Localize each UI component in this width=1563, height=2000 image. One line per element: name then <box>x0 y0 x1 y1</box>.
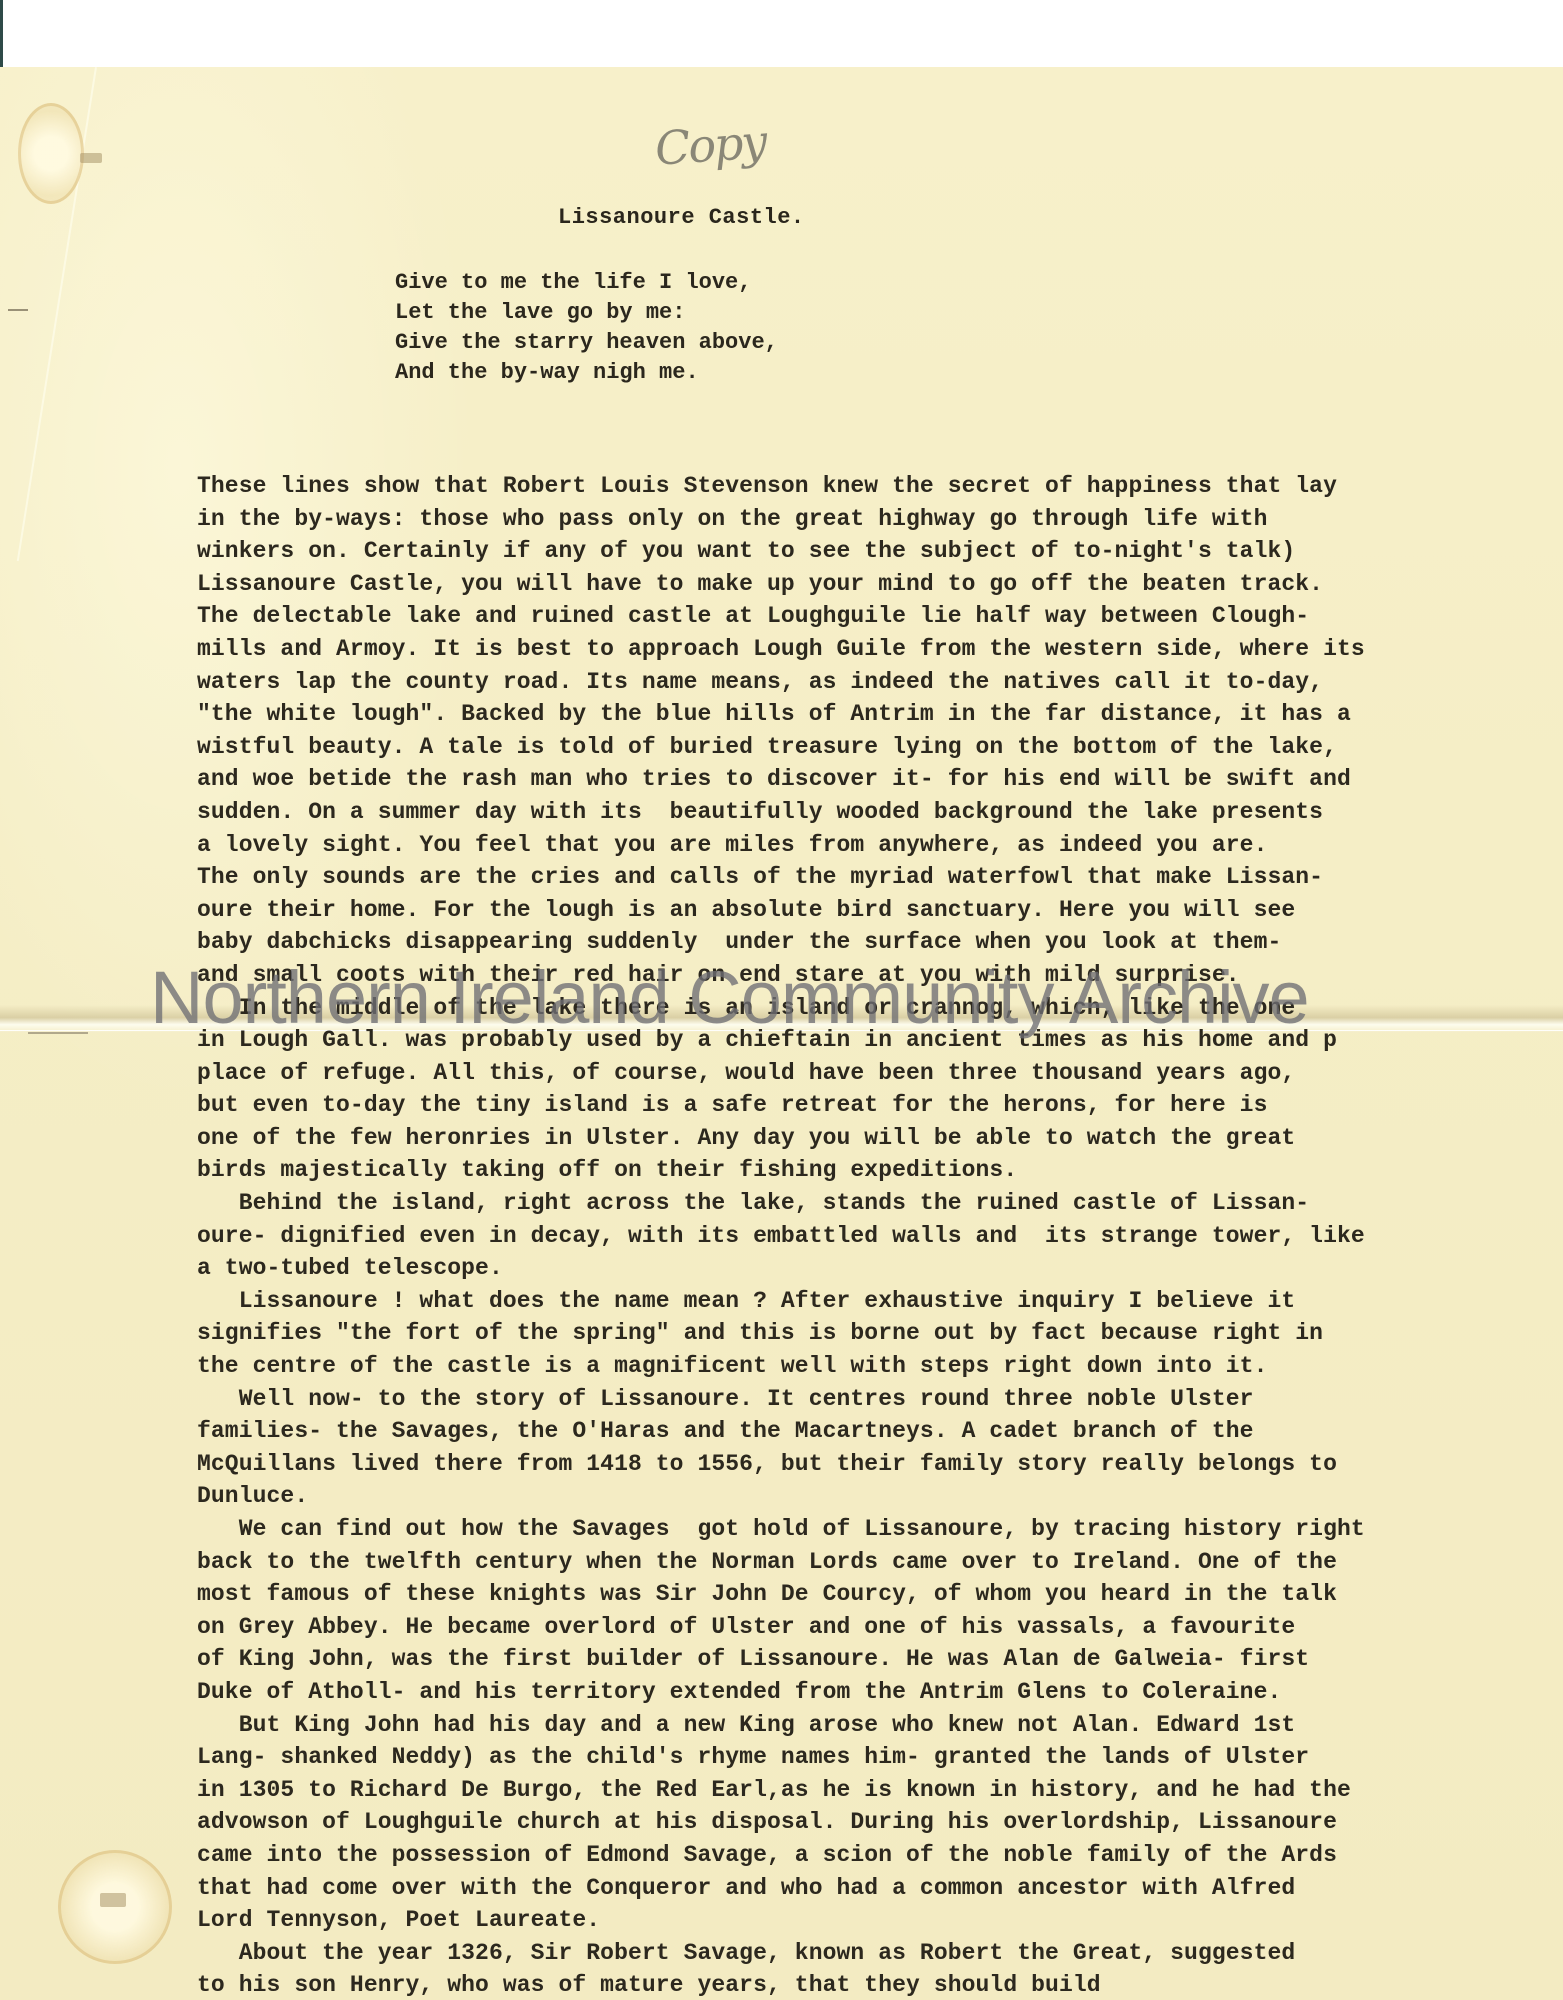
body-line: back to the twelfth century when the Nor… <box>197 1546 1365 1579</box>
poem-line: And the by-way nigh me. <box>395 358 778 388</box>
body-line: birds majestically taking off on their f… <box>197 1154 1365 1187</box>
body-line: advowson of Loughguile church at his dis… <box>197 1806 1365 1839</box>
body-line: Duke of Atholl- and his territory extend… <box>197 1676 1365 1709</box>
body-line: "the white lough". Backed by the blue hi… <box>197 698 1365 731</box>
fold-margin-mark <box>28 1032 88 1034</box>
punch-hole-top <box>80 153 102 163</box>
punch-hole-stain-top <box>18 103 84 204</box>
body-line: winkers on. Certainly if any of you want… <box>197 535 1365 568</box>
handwritten-annotation: Copy <box>653 114 767 176</box>
body-line: sudden. On a summer day with its beautif… <box>197 796 1365 829</box>
body-line: Well now- to the story of Lissanoure. It… <box>197 1383 1365 1416</box>
body-line: We can find out how the Savages got hold… <box>197 1513 1365 1546</box>
body-line: place of refuge. All this, of course, wo… <box>197 1057 1365 1090</box>
body-line: mills and Armoy. It is best to approach … <box>197 633 1365 666</box>
body-line: But King John had his day and a new King… <box>197 1709 1365 1742</box>
poem-line: Let the lave go by me: <box>395 298 778 328</box>
body-line: baby dabchicks disappearing suddenly und… <box>197 926 1365 959</box>
body-line: one of the few heronries in Ulster. Any … <box>197 1122 1365 1155</box>
body-line: signifies "the fort of the spring" and t… <box>197 1317 1365 1350</box>
poem-line: Give the starry heaven above, <box>395 328 778 358</box>
body-line: in Lough Gall. was probably used by a ch… <box>197 1024 1365 1057</box>
punch-hole-stain-bottom <box>58 1850 172 1964</box>
body-line: wistful beauty. A tale is told of buried… <box>197 731 1365 764</box>
body-line: in 1305 to Richard De Burgo, the Red Ear… <box>197 1774 1365 1807</box>
body-line: Lissanoure ! what does the name mean ? A… <box>197 1285 1365 1318</box>
scan-edge <box>0 0 3 67</box>
body-line: and woe betide the rash man who tries to… <box>197 763 1365 796</box>
body-line: In the middle of the lake there is an is… <box>197 992 1365 1025</box>
body-line: came into the possession of Edmond Savag… <box>197 1839 1365 1872</box>
body-line: McQuillans lived there from 1418 to 1556… <box>197 1448 1365 1481</box>
margin-tick-mark <box>8 309 28 311</box>
body-line: the centre of the castle is a magnificen… <box>197 1350 1365 1383</box>
scan-background <box>0 0 1563 67</box>
body-line: oure their home. For the lough is an abs… <box>197 894 1365 927</box>
body-line: and small coots with their red hair on e… <box>197 959 1365 992</box>
body-line: but even to-day the tiny island is a saf… <box>197 1089 1365 1122</box>
body-line: oure- dignified even in decay, with its … <box>197 1220 1365 1253</box>
body-line: About the year 1326, Sir Robert Savage, … <box>197 1937 1365 1970</box>
body-line: waters lap the county road. Its name mea… <box>197 666 1365 699</box>
body-line: a lovely sight. You feel that you are mi… <box>197 829 1365 862</box>
body-line: on Grey Abbey. He became overlord of Uls… <box>197 1611 1365 1644</box>
body-line: Lissanoure Castle, you will have to make… <box>197 568 1365 601</box>
body-line: These lines show that Robert Louis Steve… <box>197 470 1365 503</box>
body-line: most famous of these knights was Sir Joh… <box>197 1578 1365 1611</box>
body-line: Behind the island, right across the lake… <box>197 1187 1365 1220</box>
epigraph-poem: Give to me the life I love, Let the lave… <box>395 268 778 388</box>
document-title: Lissanoure Castle. <box>558 205 805 230</box>
body-line: Dunluce. <box>197 1480 1365 1513</box>
poem-line: Give to me the life I love, <box>395 268 778 298</box>
body-line: families- the Savages, the O'Haras and t… <box>197 1415 1365 1448</box>
body-line: that had come over with the Conqueror an… <box>197 1872 1365 1905</box>
body-line: of King John, was the first builder of L… <box>197 1643 1365 1676</box>
punch-hole-bottom <box>100 1893 126 1907</box>
body-line: Lord Tennyson, Poet Laureate. <box>197 1904 1365 1937</box>
body-line: Lang- shanked Neddy) as the child's rhym… <box>197 1741 1365 1774</box>
body-line: The only sounds are the cries and calls … <box>197 861 1365 894</box>
body-line: a two-tubed telescope. <box>197 1252 1365 1285</box>
body-line: The delectable lake and ruined castle at… <box>197 600 1365 633</box>
body-line: to his son Henry, who was of mature year… <box>197 1969 1365 2000</box>
body-line: in the by-ways: those who pass only on t… <box>197 503 1365 536</box>
typed-body-text: These lines show that Robert Louis Steve… <box>197 470 1365 2000</box>
